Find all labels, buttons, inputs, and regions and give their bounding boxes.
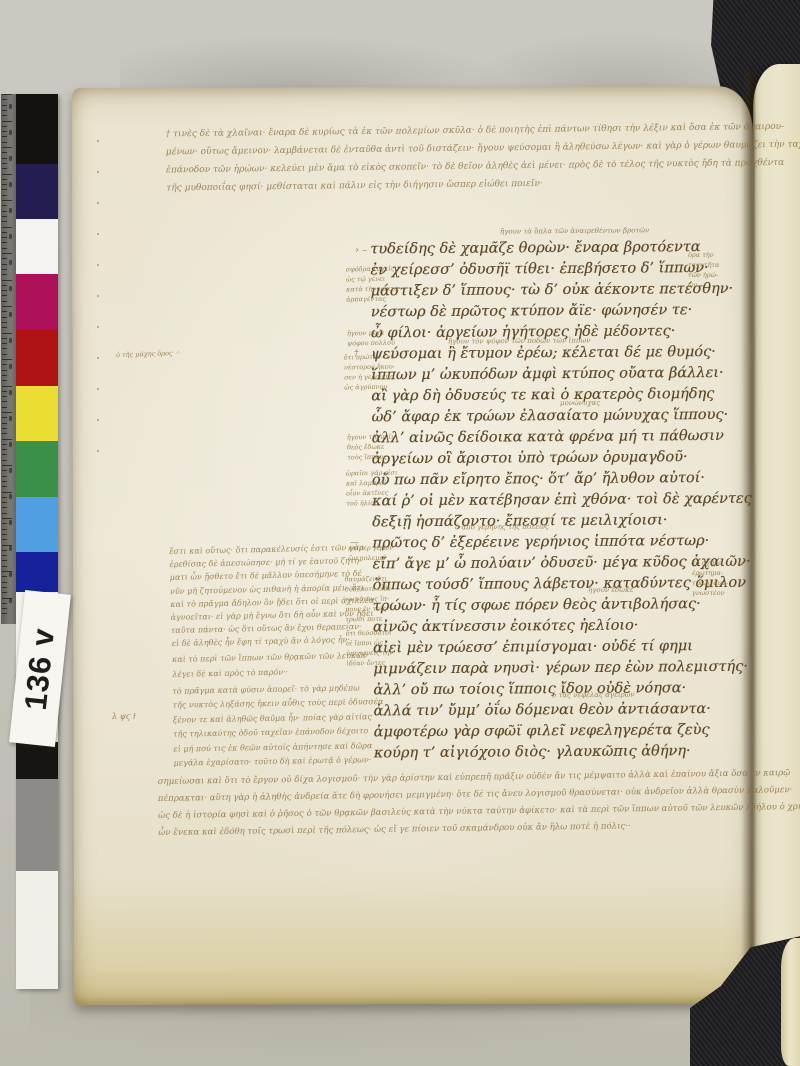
- ruler-tick: [2, 163, 7, 164]
- color-patch-red: [16, 330, 58, 386]
- pricking-hole: [97, 140, 99, 142]
- main-text-line: καί ῥ’ οἱ μὲν κατέβησαν ἐπὶ χθόνα· τοὶ δ…: [372, 489, 772, 513]
- ruler-tick: [2, 354, 7, 355]
- ruler-tick: [2, 481, 7, 482]
- ruler-tick: [2, 227, 12, 228]
- right-margin-note-2: τὸ σχῆμαἐρωτημα-τικῶς ἀνα-γνωστέον: [692, 558, 728, 598]
- ruler-tick: [2, 110, 7, 111]
- ruler-tick: [2, 359, 12, 360]
- color-patch-white: [16, 219, 58, 274]
- ruler-tick: [2, 608, 7, 609]
- ruler-number-smudge: [9, 312, 12, 317]
- color-patch-dark-navy: [16, 164, 58, 219]
- ruler-number-smudge: [9, 442, 12, 447]
- ruler-tick: [2, 142, 7, 143]
- ruler-tick: [2, 613, 7, 614]
- ruler-tick: [2, 121, 12, 122]
- inner-gloss-3: ὅτι πρώτου τοῦνέστορος ἤκου-σεν ἡ γερουσ…: [344, 352, 396, 393]
- ruler-number-smudge: [9, 130, 12, 135]
- main-text-line: αἰνῶς ἀκτίνεσσιν ἐοικότες ἠελίοιο·: [373, 615, 773, 639]
- color-patch-green: [16, 441, 58, 497]
- ruler-tick: [2, 582, 7, 583]
- ruler-tick: [2, 449, 7, 450]
- ruler-tick: [2, 115, 7, 116]
- ruler-tick: [2, 486, 7, 487]
- right-margin-note-2-line: γνωστέον: [692, 588, 728, 598]
- ruler-number-smudge: [9, 338, 12, 343]
- ruler-number-smudge: [9, 520, 12, 525]
- ruler-tick: [2, 348, 7, 349]
- ruler-tick: [2, 502, 7, 503]
- inner-gloss-4-line: τοὺς ἵππους: [347, 452, 395, 463]
- ruler-tick: [2, 195, 7, 196]
- color-patch-crimson: [16, 274, 58, 330]
- ruler-tick: [2, 507, 7, 508]
- diple-mark-line-1: › –: [355, 243, 367, 259]
- right-margin-note-1-line: ὅρα τὴν: [688, 250, 719, 260]
- ruler-tick: [2, 476, 7, 477]
- ruler-tick: [2, 274, 7, 275]
- ruler-number-smudge: [9, 208, 12, 213]
- interlinear-gloss-1-line: ἤγουν τὰ ὅπλα τῶν ἀναιρεθέντων βροτῶν: [500, 225, 649, 237]
- pricking-hole: [97, 171, 99, 173]
- right-margin-note-2-line: ἐρωτημα-: [692, 568, 728, 578]
- inner-gloss-1-line: ἁρπαγέντας: [346, 294, 399, 305]
- ruler-tick: [2, 428, 7, 429]
- ruler-tick: [2, 576, 7, 577]
- ruler-number-smudge: [9, 598, 12, 603]
- inner-gloss-5-line: τοῦ ἡλίου: [346, 498, 398, 509]
- far-left-quire-mark-line: λ ψϛ ϯ: [112, 711, 136, 723]
- ruler-tick: [2, 417, 7, 418]
- ruler-tick: [2, 147, 12, 148]
- color-patch-yellow: [16, 386, 58, 441]
- ruler-tick: [2, 550, 7, 551]
- ruler-number-smudge: [9, 546, 12, 551]
- ruler-tick: [2, 492, 12, 493]
- ruler-tick: [2, 264, 7, 265]
- ruler-tick: [2, 205, 7, 206]
- ruler-tick: [2, 534, 7, 535]
- main-text-line: ἵππων μ’ ὠκυπόδων ἀμφὶ κτύπος οὔατα βάλλ…: [371, 363, 771, 387]
- interlinear-gloss-5: ἤγουν ἔδωκε: [588, 585, 633, 596]
- ruler-tick: [2, 539, 7, 540]
- ruler-tick: [2, 216, 7, 217]
- interlinear-gloss-3: μονώνυχας: [560, 398, 600, 409]
- right-margin-note-2-line: τὸ σχῆμα: [692, 558, 728, 568]
- ruler-tick: [2, 592, 7, 593]
- inner-gloss-5: ὡραῖοι γάρ εἰσικαὶ λαμπροὶοἷον ἀκτῖνεςτο…: [346, 468, 398, 509]
- ruler-tick: [2, 158, 7, 159]
- ruler-number-smudge: [9, 494, 12, 499]
- ruler-tick: [2, 136, 7, 137]
- ruler-tick: [2, 407, 7, 408]
- color-patch-white-2: [16, 871, 58, 989]
- main-text-line: δεξιῇ ἠσπάζοντο· ἔπεσσί τε μειλιχίοισι·: [372, 510, 772, 534]
- main-text-line: ἀργείων οἳ ἄριστοι ὑπὸ τρώων ὀρυμαγδοῦ·: [372, 447, 772, 471]
- ruler-tick: [2, 280, 12, 281]
- inner-gloss-7: θαυμάζει ὅτιοὐδέποτε εἶδετοιούτους ἵπ-πο…: [345, 574, 392, 625]
- ruler-tick: [2, 253, 12, 254]
- ruler-tick: [2, 232, 7, 233]
- left-scholia-group-3: τὸ πρᾶγμα κατὰ φύσιν ἀπορεῖ· τὸ γὰρ μηδέ…: [172, 681, 363, 771]
- ruler-tick: [2, 454, 7, 455]
- ruler-tick: [2, 237, 7, 238]
- curled-page-edge: [781, 938, 800, 1066]
- ruler-number-smudge: [9, 572, 12, 577]
- ruler-tick: [2, 603, 7, 604]
- interlinear-gloss-1: ἤγουν τὰ ὅπλα τῶν ἀναιρεθέντων βροτῶν: [500, 225, 649, 237]
- ruler-tick: [2, 327, 7, 328]
- top-marginal-annotation: † τινὲς δὲ τὰ χλαῖναι· ἔναρα δὲ κυρίως τ…: [166, 119, 727, 198]
- ruler-tick: [2, 317, 7, 318]
- inner-gloss-4: ἤγουν τίς ὑμῖνθεὸς ἔδωκετοὺς ἵππους: [347, 432, 396, 463]
- ruler-tick: [2, 375, 7, 376]
- far-left-quire-mark: λ ψϛ ϯ: [112, 711, 136, 723]
- ruler-tick: [2, 94, 12, 95]
- ruler-tick: [2, 338, 7, 339]
- ruler-tick: [2, 174, 12, 175]
- ruler-tick: [2, 179, 7, 180]
- ruler-tick: [2, 242, 7, 243]
- ruler-tick: [2, 460, 7, 461]
- inner-gloss-8: ὅτι θεόσδοτοιοἱ ἵπποι ὡςὑπερφυεῖς τὴνἰδέ…: [346, 628, 394, 669]
- ruler-number-smudge: [9, 104, 12, 109]
- ruler-tick: [2, 258, 7, 259]
- diple-mark-line-1-line: › –: [355, 243, 367, 259]
- ruler-tick: [2, 412, 12, 413]
- ruler-tick: [2, 131, 7, 132]
- pricking-hole: [97, 388, 99, 390]
- right-margin-note-2-line: τικῶς ἀνα-: [692, 578, 728, 588]
- inner-gloss-2: ἤγουν μετὰψόφου πολλοῦ: [347, 328, 395, 349]
- ruler-tick: [2, 529, 7, 530]
- interlinear-gloss-5-line: ἤγουν ἔδωκε: [588, 585, 633, 596]
- inner-gloss-3-line: ὡς ἀγρύπνου: [344, 382, 395, 393]
- interlinear-gloss-2-line: ἤγουν τὸν ψόφον τῶν ποδῶν τῶν ἵππων: [448, 335, 591, 347]
- ruler-tick: [2, 497, 7, 498]
- ruler-tick: [2, 311, 7, 312]
- ruler-tick: [2, 439, 12, 440]
- ruler-tick: [2, 401, 7, 402]
- ruler-number-smudge: [9, 364, 12, 369]
- ruler-tick: [2, 152, 7, 153]
- interlinear-gloss-4-line: ὁ ἀπὸ γερήνης τῆς πόλεως: [455, 522, 549, 534]
- inner-gloss-1: σφόδρα ταχεῖςὡς τῷ γένεικατὰ τὴν νύκταἁρ…: [346, 264, 399, 305]
- main-text-line: ἀλλά τιν’ ὔμμ’ ὀΐω δόμεναι θεὸν ἀντιάσαν…: [373, 699, 773, 723]
- ruler-tick: [2, 105, 7, 106]
- interlinear-gloss-4: ὁ ἀπὸ γερήνης τῆς πόλεως: [455, 522, 549, 534]
- pricking-hole: [97, 202, 99, 204]
- ruler-tick: [2, 386, 12, 387]
- ruler-number-smudge: [9, 234, 12, 239]
- ruler-number-smudge: [9, 390, 12, 395]
- ruler-tick: [2, 513, 7, 514]
- ruler-tick: [2, 470, 7, 471]
- ruler-tick: [2, 99, 7, 100]
- ruler-number-smudge: [9, 416, 12, 421]
- main-text-line: οὔ πω πᾶν εἴρητο ἔπος· ὅτ’ ἄρ’ ἤλυθον αὐ…: [372, 468, 772, 492]
- left-scholia-group-1: ἔστι καὶ οὕτως· ὅτι παρακέλευσίς ἐστι τῶ…: [169, 541, 361, 637]
- pricking-hole: [97, 264, 99, 266]
- ruler-number-smudge: [9, 182, 12, 187]
- color-patch-black-2: [16, 742, 58, 779]
- ruler-tick: [2, 364, 7, 365]
- ruler-tick: [2, 301, 7, 302]
- ruler-tick: [2, 200, 12, 201]
- bottom-marginal-annotation: σημείωσαι καὶ ὅτι τὸ ἔργον οὐ δίχα λογισ…: [158, 766, 724, 842]
- ruler-tick: [2, 248, 7, 249]
- pricking-hole: [97, 419, 99, 421]
- color-patch-dark-blue: [16, 552, 58, 592]
- main-text-block: τυδείδης δὲ χαμᾶζε θορὼν· ἔναρα βροτόεντ…: [370, 237, 774, 765]
- ruler-number-smudge: [9, 260, 12, 265]
- ruler-tick: [2, 269, 7, 270]
- inner-gloss-7-line: τρωσί ποτε: [345, 614, 391, 625]
- inner-gloss-2-line: ψόφου πολλοῦ: [347, 338, 395, 349]
- right-margin-note-1: ὅρα τὴνταχυτῆτατῶν ἡρώ-ων: [688, 250, 719, 290]
- ruler-tick: [2, 370, 7, 371]
- ruler-tick: [2, 333, 12, 334]
- main-text-line: πρῶτος δ’ ἐξερέεινε γερήνιος ἱππότα νέστ…: [372, 531, 772, 555]
- ruler-tick: [2, 290, 7, 291]
- scale-ruler: [1, 94, 16, 624]
- main-text-line: κούρη τ’ αἰγιόχοιο διὸς· γλαυκῶπις ἀθήνη…: [374, 741, 774, 765]
- pricking-hole: [97, 295, 99, 297]
- main-text-line: ἀμφοτέρω γὰρ σφῶϊ φιλεῖ νεφεληγερέτα ζεὺ…: [374, 720, 774, 744]
- main-text-line: μιμνάζειν παρὰ νηυσὶ· γέρων περ ἐὼν πολε…: [373, 657, 773, 681]
- pricking-hole: [97, 357, 99, 359]
- right-margin-note-1-line: τῶν ἡρώ-: [688, 270, 719, 280]
- color-patch-black: [16, 94, 58, 164]
- ruler-tick: [2, 423, 7, 424]
- ruler-tick: [2, 444, 7, 445]
- folio-number-text: 136 v: [18, 626, 62, 712]
- ruler-tick: [2, 396, 7, 397]
- manuscript-photo-frame: τὸὦ μὁ πθεἴτ’ἀλμήὡςἔνὁ δαὐκατίἦ ρπῶσφἵπδ…: [0, 0, 800, 1066]
- color-calibration-bar: [16, 94, 58, 989]
- ruler-tick: [2, 391, 7, 392]
- color-patch-gray: [16, 779, 58, 871]
- right-margin-note-1-line: ταχυτῆτα: [688, 260, 719, 270]
- ruler-number-smudge: [9, 286, 12, 291]
- left-scholia-group-2: εἰ δὲ ἀληθὲς ἦν ἔφη τί τραχὺ ἂν ὁ λόγος …: [172, 632, 358, 682]
- interlinear-gloss-6: ὁ τὰς νεφέλας ἀγείρων: [552, 690, 635, 702]
- ruler-tick: [2, 343, 7, 344]
- ruler-tick: [2, 184, 7, 185]
- interlinear-gloss-6-line: ὁ τὰς νεφέλας ἀγείρων: [552, 690, 635, 702]
- ruler-tick: [2, 518, 12, 519]
- ruler-tick: [2, 380, 7, 381]
- ruler-tick: [2, 295, 7, 296]
- pricking-hole: [97, 233, 99, 235]
- ruler-tick: [2, 221, 7, 222]
- inner-gloss-6-line: ὢν πολεμεῖ: [348, 553, 393, 564]
- ruler-number-smudge: [9, 468, 12, 473]
- ruler-tick: [2, 555, 7, 556]
- main-text-line: ἀλλ’ αἰνῶς δείδοικα κατὰ φρένα μή τι πάθ…: [371, 426, 771, 450]
- ruler-tick: [2, 523, 7, 524]
- ruler-tick: [2, 465, 12, 466]
- main-text-line: αἰεὶ μὲν τρώεσσ’ ἐπιμίσγομαι· οὐδέ τί φη…: [373, 636, 773, 660]
- inner-gloss-8-line: ἰδέαν ὄντες: [346, 658, 393, 669]
- ruler-tick: [2, 322, 7, 323]
- ruler-number-smudge: [9, 156, 12, 161]
- ruler-tick: [2, 168, 7, 169]
- ruler-tick: [2, 560, 7, 561]
- inner-gloss-6: καίπερ γέρωνὢν πολεμεῖ: [348, 543, 394, 564]
- color-patch-light-blue: [16, 497, 58, 552]
- interlinear-gloss-2: ἤγουν τὸν ψόφον τῶν ποδῶν τῶν ἵππων: [448, 335, 591, 347]
- ruler-tick: [2, 587, 7, 588]
- main-text-line: νέστωρ δὲ πρῶτος κτύπον ἄϊε· φώνησέν τε·: [371, 300, 771, 324]
- right-margin-note-1-line: ων: [688, 280, 719, 290]
- ruler-tick: [2, 566, 7, 567]
- ruler-tick: [2, 211, 7, 212]
- ruler-tick: [2, 189, 7, 190]
- ruler-tick: [2, 126, 7, 127]
- ruler-tick: [2, 306, 12, 307]
- interlinear-gloss-3-line: μονώνυχας: [560, 398, 600, 409]
- ruler-tick: [2, 285, 7, 286]
- ruler-tick: [2, 433, 7, 434]
- pricking-hole: [97, 326, 99, 328]
- pricking-hole: [97, 450, 99, 452]
